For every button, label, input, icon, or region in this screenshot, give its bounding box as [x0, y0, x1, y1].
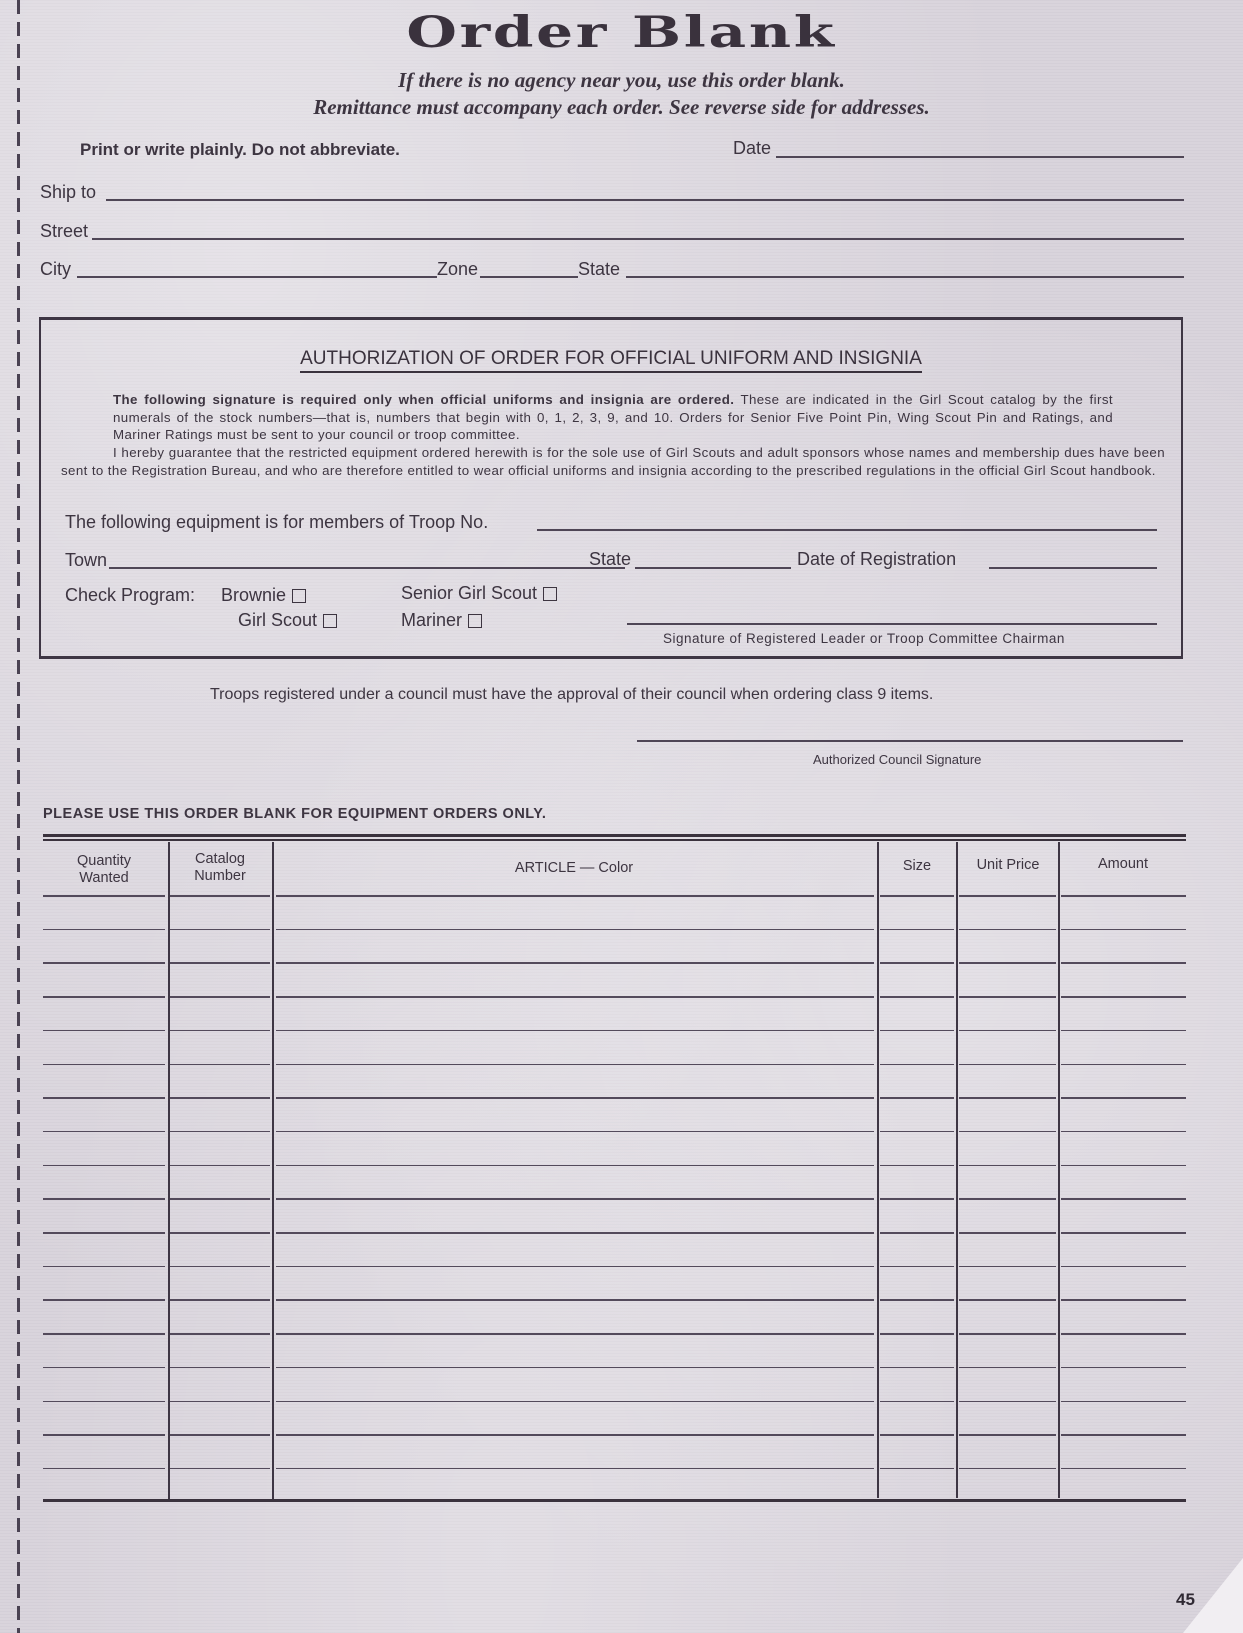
row-rule: [880, 1401, 954, 1403]
brownie-checkbox[interactable]: [292, 589, 306, 603]
row-rule: [959, 1434, 1056, 1436]
table-top-rule-inner: [43, 839, 1186, 841]
troop-number-field[interactable]: [537, 529, 1157, 531]
row-rule: [170, 1434, 270, 1436]
row-rule: [276, 962, 874, 964]
page-title: Order Blank: [0, 8, 1243, 58]
column-divider: [168, 842, 170, 1502]
row-rule: [880, 929, 954, 931]
girl-scout-checkbox[interactable]: [323, 614, 337, 628]
row-rule: [43, 1030, 165, 1032]
row-rule: [880, 1097, 954, 1099]
row-rule: [1061, 1434, 1186, 1436]
row-rule: [43, 1165, 165, 1167]
row-rule: [880, 1064, 954, 1066]
program-senior-girl-scout[interactable]: Senior Girl Scout: [401, 583, 557, 604]
state-label: State: [578, 259, 620, 280]
column-divider: [956, 842, 958, 1498]
row-rule: [959, 1064, 1056, 1066]
row-rule: [1061, 962, 1186, 964]
ship-to-label: Ship to: [40, 182, 96, 203]
row-rule: [43, 1333, 165, 1335]
column-header-amount: Amount: [1060, 856, 1186, 873]
row-rule: [276, 1367, 874, 1369]
row-rule: [1061, 895, 1186, 897]
row-rule: [959, 1198, 1056, 1200]
row-rule: [170, 1198, 270, 1200]
city-field[interactable]: [77, 276, 437, 278]
perforation-edge: [17, 0, 20, 1633]
row-rule: [170, 1299, 270, 1301]
row-rule: [43, 962, 165, 964]
row-rule: [170, 962, 270, 964]
row-rule: [1061, 1333, 1186, 1335]
row-rule: [880, 1232, 954, 1234]
row-rule: [43, 895, 165, 897]
row-rule: [170, 1232, 270, 1234]
street-field[interactable]: [92, 238, 1184, 240]
row-rule: [276, 1333, 874, 1335]
row-rule: [880, 1434, 954, 1436]
town-field[interactable]: [109, 567, 625, 569]
row-rule: [1061, 1401, 1186, 1403]
row-rule: [959, 1299, 1056, 1301]
troop-state-field[interactable]: [635, 567, 791, 569]
street-label: Street: [40, 221, 88, 242]
ship-to-field[interactable]: [106, 199, 1184, 201]
table-bottom-rule: [43, 1499, 1186, 1502]
row-rule: [276, 895, 874, 897]
check-program-label: Check Program:: [65, 585, 195, 606]
date-of-registration-field[interactable]: [989, 567, 1157, 569]
row-rule: [959, 1097, 1056, 1099]
row-rule: [43, 929, 165, 931]
row-rule: [170, 1367, 270, 1369]
row-rule: [276, 1198, 874, 1200]
row-rule: [1061, 1165, 1186, 1167]
row-rule: [880, 996, 954, 998]
program-brownie[interactable]: Brownie: [221, 585, 306, 606]
city-label: City: [40, 259, 71, 280]
row-rule: [1061, 1468, 1186, 1470]
row-rule: [959, 895, 1056, 897]
row-rule: [959, 1401, 1056, 1403]
row-rule: [1061, 1299, 1186, 1301]
column-header-quantity: Quantity Wanted: [43, 853, 165, 887]
row-rule: [276, 1434, 874, 1436]
row-rule: [170, 929, 270, 931]
row-rule: [1061, 1232, 1186, 1234]
column-divider: [877, 842, 879, 1498]
row-rule: [880, 1333, 954, 1335]
row-rule: [276, 929, 874, 931]
council-signature-field[interactable]: [637, 740, 1183, 742]
row-rule: [43, 1198, 165, 1200]
date-field[interactable]: [776, 156, 1184, 158]
leader-signature-field[interactable]: [627, 623, 1157, 625]
row-rule: [1061, 1367, 1186, 1369]
row-rule: [43, 1131, 165, 1133]
row-rule: [1061, 1064, 1186, 1066]
column-header-catalog: Catalog Number: [170, 851, 270, 885]
row-rule: [43, 1401, 165, 1403]
zone-label: Zone: [437, 259, 478, 280]
page-curl: [1183, 1558, 1243, 1633]
row-rule: [170, 1131, 270, 1133]
row-rule: [959, 1131, 1056, 1133]
row-rule: [276, 1299, 874, 1301]
row-rule: [880, 1266, 954, 1268]
row-rule: [880, 1030, 954, 1032]
row-rule: [959, 1367, 1056, 1369]
column-header-size: Size: [879, 858, 955, 875]
row-rule: [43, 1299, 165, 1301]
row-rule: [170, 1064, 270, 1066]
row-rule: [43, 1367, 165, 1369]
authorization-heading: AUTHORIZATION OF ORDER FOR OFFICIAL UNIF…: [41, 348, 1181, 370]
row-rule: [170, 895, 270, 897]
row-rule: [170, 1030, 270, 1032]
row-rule: [276, 1064, 874, 1066]
column-divider: [272, 842, 274, 1502]
row-rule: [959, 1266, 1056, 1268]
row-rule: [170, 996, 270, 998]
row-rule: [959, 1333, 1056, 1335]
row-rule: [959, 996, 1056, 998]
date-of-registration-label: Date of Registration: [797, 549, 956, 570]
authorization-paragraph-1: The following signature is required only…: [113, 391, 1113, 444]
row-rule: [880, 1165, 954, 1167]
row-rule: [1061, 1198, 1186, 1200]
instruction-text: Print or write plainly. Do not abbreviat…: [80, 140, 400, 160]
council-signature-caption: Authorized Council Signature: [813, 752, 981, 767]
row-rule: [170, 1333, 270, 1335]
row-rule: [880, 895, 954, 897]
column-header-unit-price: Unit Price: [958, 857, 1058, 874]
authorization-paragraph-2: I hereby guarantee that the restricted e…: [61, 444, 1165, 479]
subtitle-line-2: Remittance must accompany each order. Se…: [0, 95, 1243, 120]
row-rule: [959, 962, 1056, 964]
row-rule: [276, 1131, 874, 1133]
row-rule: [170, 1165, 270, 1167]
town-label: Town: [65, 550, 107, 571]
row-rule: [43, 1097, 165, 1099]
row-rule: [1061, 1266, 1186, 1268]
council-notice: Troops registered under a council must h…: [210, 686, 933, 704]
state-field[interactable]: [626, 276, 1184, 278]
subtitle-line-1: If there is no agency near you, use this…: [0, 68, 1243, 93]
table-notice: PLEASE USE THIS ORDER BLANK FOR EQUIPMEN…: [43, 806, 546, 822]
row-rule: [276, 1097, 874, 1099]
row-rule: [43, 1064, 165, 1066]
troop-label: The following equipment is for members o…: [65, 512, 488, 533]
program-girl-scout[interactable]: Girl Scout: [238, 610, 337, 631]
row-rule: [170, 1266, 270, 1268]
mariner-checkbox[interactable]: [468, 614, 482, 628]
column-header-article: ARTICLE — Color: [274, 860, 874, 877]
row-rule: [1061, 1030, 1186, 1032]
zone-field[interactable]: [480, 276, 578, 278]
row-rule: [276, 1468, 874, 1470]
row-rule: [276, 996, 874, 998]
row-rule: [880, 1131, 954, 1133]
row-rule: [880, 1367, 954, 1369]
row-rule: [276, 1401, 874, 1403]
table-top-rule: [43, 834, 1186, 837]
senior-girl-scout-checkbox[interactable]: [543, 587, 557, 601]
column-divider: [1058, 842, 1060, 1498]
troop-state-label: State: [589, 549, 631, 570]
row-rule: [276, 1030, 874, 1032]
row-rule: [959, 1468, 1056, 1470]
row-rule: [43, 996, 165, 998]
row-rule: [880, 1468, 954, 1470]
program-mariner[interactable]: Mariner: [401, 610, 482, 631]
row-rule: [880, 962, 954, 964]
row-rule: [43, 1468, 165, 1470]
row-rule: [170, 1097, 270, 1099]
row-rule: [170, 1468, 270, 1470]
row-rule: [1061, 1097, 1186, 1099]
date-label: Date: [733, 138, 771, 159]
row-rule: [276, 1266, 874, 1268]
row-rule: [43, 1434, 165, 1436]
row-rule: [1061, 929, 1186, 931]
row-rule: [959, 1232, 1056, 1234]
row-rule: [276, 1232, 874, 1234]
row-rule: [880, 1198, 954, 1200]
authorization-section: AUTHORIZATION OF ORDER FOR OFFICIAL UNIF…: [39, 317, 1183, 659]
row-rule: [959, 929, 1056, 931]
row-rule: [170, 1401, 270, 1403]
row-rule: [43, 1266, 165, 1268]
row-rule: [1061, 996, 1186, 998]
row-rule: [959, 1165, 1056, 1167]
row-rule: [43, 1232, 165, 1234]
leader-signature-caption: Signature of Registered Leader or Troop …: [663, 631, 1065, 646]
row-rule: [959, 1030, 1056, 1032]
row-rule: [880, 1299, 954, 1301]
row-rule: [1061, 1131, 1186, 1133]
row-rule: [276, 1165, 874, 1167]
